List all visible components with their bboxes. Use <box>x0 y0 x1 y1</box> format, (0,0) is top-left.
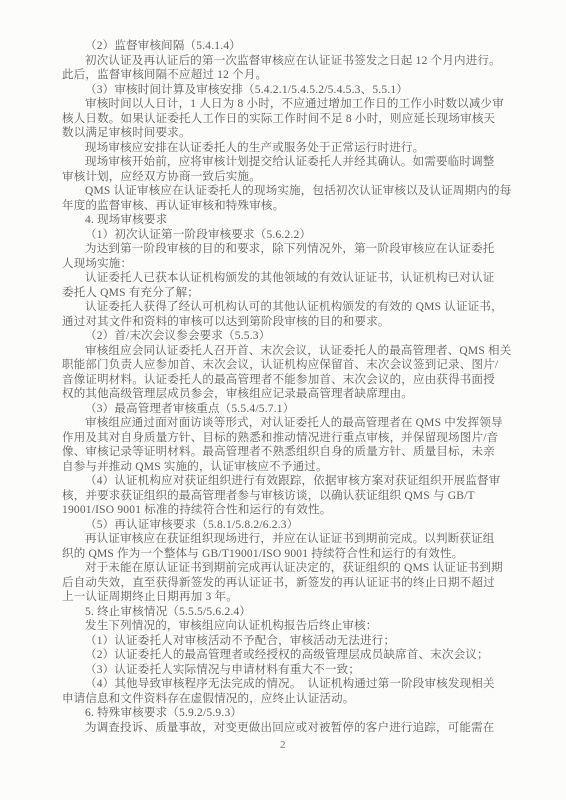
text-line: （2）认证委托人的最高管理者或经授权的高级管理层成员缺席首、末次会议； <box>62 648 508 663</box>
text-line: （3）审核时间计算及审核安排（5.4.2.1/5.4.5.2/5.4.5.3、5… <box>62 83 508 98</box>
text-line: 19001/ISO 9001 标准的持续符合性和运行的有效性。 <box>62 503 508 518</box>
text-line: 人现场实施： <box>62 257 508 272</box>
document-page: （2）监督审核间隔（5.4.1.4）初次认证及再认证后的第一次监督审核应在认证证… <box>0 0 566 800</box>
text-line: 认证委托人已获本认证机构颁发的其他领域的有效认证证书，认证机构已对认证 <box>62 271 508 286</box>
text-line: （2）首/末次会议参会要求（5.5.3） <box>62 329 508 344</box>
text-line: 现场审核应安排在认证委托人的生产或服务处于正常运行时进行。 <box>62 141 508 156</box>
text-line: 自参与并推动 QMS 实施的，认证审核应不予通过。 <box>62 460 508 475</box>
text-line: 通过对其文件和资料的审核可以达到第阶段审核的目的和要求。 <box>62 315 508 330</box>
text-line: 对于未能在原认证证书到期前完成再认证决定的，获证组织的 QMS 认证证书到期 <box>62 561 508 576</box>
text-line: 现场审核开始前，应将审核计划提交给认证委托人并经其确认。如需要临时调整 <box>62 155 508 170</box>
text-line: 像、审核记录等证明材料。最高管理者不熟悉组织自身的质量方针、质量目标，未亲 <box>62 445 508 460</box>
text-line: （2）监督审核间隔（5.4.1.4） <box>62 39 508 54</box>
text-line: （1）认证委托人对审核活动不予配合，审核活动无法进行； <box>62 634 508 649</box>
text-line: 音像证明材料。认证委托人的最高管理者不能参加首、末次会议的，应由获得书面授 <box>62 373 508 388</box>
text-line: 织的 QMS 作为一个整体与 GB/T19001/ISO 9001 持续符合性和… <box>62 547 508 562</box>
text-line: 5. 终止审核情况（5.5.5/5.6.2.4） <box>62 605 508 620</box>
text-line: QMS 认证审核应在认证委托人的现场实施，包括初次认证审核以及认证周期内的每 <box>62 184 508 199</box>
text-line: 核人日数。如果认证委托人工作日的实际工作时间不足 8 小时，则应延长现场审核天 <box>62 112 508 127</box>
text-line: 职能部门负责人应参加首、末次会议，认证机构应保留首、末次会议签到记录、图片/ <box>62 358 508 373</box>
document-text-block: （2）监督审核间隔（5.4.1.4）初次认证及再认证后的第一次监督审核应在认证证… <box>62 39 508 735</box>
text-line: （5）再认证审核要求（5.8.1/5.8.2/6.2.3） <box>62 518 508 533</box>
text-line: （4）其他导致审核程序无法完成的情况。 认证机构通过第一阶段审核发现相关 <box>62 677 508 692</box>
text-line: 发生下列情况的，审核组应向认证机构报告后终止审核： <box>62 619 508 634</box>
text-line: 审核计划，应经双方协商一致后实施。 <box>62 170 508 185</box>
text-line: 再认证审核应在获证组织现场进行，并应在认证证书到期前完成。以判断获证组 <box>62 532 508 547</box>
text-line: 委托人 QMS 有充分了解； <box>62 286 508 301</box>
text-line: 核，并要求获证组织的最高管理者参与审核访谈，以确认获证组织 QMS 与 GB/T <box>62 489 508 504</box>
text-line: 审核组应会同认证委托人召开首、末次会议，认证委托人的最高管理者、QMS 相关 <box>62 344 508 359</box>
text-line: 认证委托人获得了经认可机构认可的其他认证机构颁发的有效的 QMS 认证证书， <box>62 300 508 315</box>
text-line: 后自动失效，直至获得新签发的再认证证书，新签发的再认证证书的终止日期不超过 <box>62 576 508 591</box>
text-line: （4）认证机构应对获证组织进行有效跟踪，依据审核方案对获证组织开展监督审 <box>62 474 508 489</box>
text-line: 为达到第一阶段审核的目的和要求，除下列情况外，第一阶段审核应在认证委托 <box>62 242 508 257</box>
text-line: （3）认证委托人实际情况与申请材料有重大不一致； <box>62 663 508 678</box>
page-number: 2 <box>0 739 566 751</box>
text-line: 申请信息和文件资料存在虚假情况的，应终止认证活动。 <box>62 692 508 707</box>
text-line: 此后，监督审核间隔不应超过 12 个月。 <box>62 68 508 83</box>
text-line: 作用及其对自身质量方针、目标的熟悉和推动情况进行重点审核，并保留现场图片/音 <box>62 431 508 446</box>
text-line: 权的其他高级管理层成员参会，审核组应记录最高管理者缺席理由。 <box>62 387 508 402</box>
text-line: （1）初次认证第一阶段审核要求（5.6.2.2） <box>62 228 508 243</box>
text-line: 6. 特殊审核要求（5.9.2/5.9.3） <box>62 706 508 721</box>
text-line: 为调查投诉、质量事故，对变更做出回应或对被暂停的客户进行追踪，可能需在 <box>62 721 508 736</box>
text-line: 4. 现场审核要求 <box>62 213 508 228</box>
text-line: 年度的监督审核、再认证审核和特殊审核。 <box>62 199 508 214</box>
text-line: （3）最高管理者审核重点（5.5.4/5.7.1） <box>62 402 508 417</box>
text-line: 数以满足审核时间要求。 <box>62 126 508 141</box>
text-line: 审核组应通过面对面访谈等形式，对认证委托人的最高管理者在 QMS 中发挥领导 <box>62 416 508 431</box>
text-line: 上一认证周期终止日期再加 3 年。 <box>62 590 508 605</box>
text-line: 初次认证及再认证后的第一次监督审核应在认证证书签发之日起 12 个月内进行。 <box>62 54 508 69</box>
text-line: 审核时间以人日计，1 人日为 8 小时，不应通过增加工作日的工作小时数以减少审 <box>62 97 508 112</box>
